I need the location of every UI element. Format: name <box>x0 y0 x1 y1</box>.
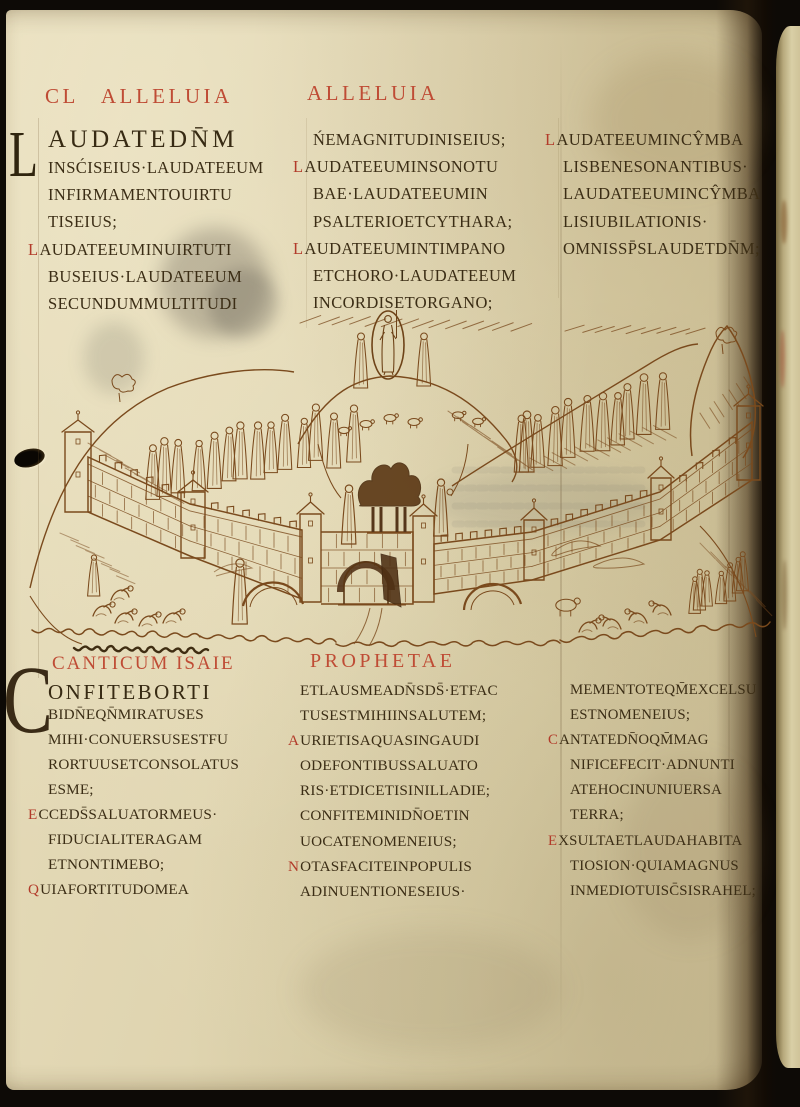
text-line: UOCATENOMENEIUS; <box>300 833 498 858</box>
psalm-column-2: ŃEMAGNITUDINISEIUS;LAUDATEEUMINSONOTUBA… <box>313 130 516 320</box>
line-text: URIETISAQUASINGAUDI <box>300 732 479 749</box>
line-text: MIHI·CONUERSUSESTFU <box>48 731 228 748</box>
text-line: EXSULTAETLAUDAHABITA <box>548 833 757 858</box>
line-text: AUDATEEUMINUIRTUTI <box>39 240 231 259</box>
line-text: OTASFACITEINPOPULIS <box>300 858 472 875</box>
text-line: ETNONTIMEBO; <box>48 856 239 881</box>
line-text: BIDN̄EQN̄MIRATUSES <box>48 706 204 723</box>
drop-cap-L: L <box>9 122 38 188</box>
text-line: ESME; <box>48 781 239 806</box>
line-text: FIDUCIALITERAGAM <box>48 831 202 848</box>
rubric-initial: L <box>293 239 303 258</box>
text-line: MEMENTOTEQM̄EXCELSU <box>570 682 757 707</box>
line-text: OMNISSP̄SLAUDETDN̄M; <box>563 239 760 258</box>
text-line: ATEHOCINUNIUERSA <box>570 782 757 807</box>
text-line: TERRA; <box>570 807 757 832</box>
text-line: FIDUCIALITERAGAM <box>48 831 239 856</box>
rubric-initial: L <box>28 240 38 259</box>
text-line: ECCEDS̄SALUATORMEUS· <box>28 806 239 831</box>
line-text: TERRA; <box>570 807 624 823</box>
drop-cap-C: C <box>3 652 53 748</box>
line-text: LISIUBILATIONIS· <box>563 212 708 231</box>
text-line: NOTASFACITEINPOPULIS <box>288 858 498 883</box>
rubric-initial: N <box>288 858 299 875</box>
text-line: LAUDATEEUMINTIMPANO <box>293 239 516 266</box>
text-line: ONFITEBORTI <box>48 680 239 706</box>
line-text: CCEDS̄SALUATORMEUS· <box>38 806 217 823</box>
rubric-initial: L <box>545 130 555 149</box>
line-text: LISBENESONANTIBUS· <box>563 157 748 176</box>
text-line: TIOSION·QUIAMAGNUS <box>570 858 757 883</box>
text-line: BAE·LAUDATEEUMIN <box>313 184 516 211</box>
rubric-initial: A <box>288 732 299 749</box>
line-text: ESTNOMENEIUS; <box>570 707 690 723</box>
line-text: MEMENTOTEQM̄EXCELSU <box>570 682 757 698</box>
rubric-initial: L <box>293 157 303 176</box>
line-text: TUSESTMIHIINSALUTEM; <box>300 707 486 724</box>
line-text: ATEHOCINUNIUERSA <box>570 782 722 798</box>
line-text: LAUDATEEUMINCŶMBA <box>563 184 760 203</box>
text-line: PSALTERIOETCYTHARA; <box>313 212 516 239</box>
rubric-initial: E <box>548 833 557 849</box>
text-line: ESTNOMENEIUS; <box>570 707 757 732</box>
line-text: TIOSION·QUIAMAGNUS <box>570 858 739 874</box>
text-line: INCORDISETORGANO; <box>313 293 516 320</box>
text-line: MIHI·CONUERSUSESTFU <box>48 731 239 756</box>
line-text: PSALTERIOETCYTHARA; <box>313 212 513 231</box>
line-text: ETCHORO·LAUDATEEUM <box>313 266 516 285</box>
manuscript-photo: CL ALLELUIA ALLELUIA L AUDATEDN̄MINSĆIS… <box>0 0 800 1107</box>
text-line: ETLAUSMEADN̄SDS̄·ETFAC <box>300 682 498 707</box>
text-line: LAUDATEEUMINSONOTU <box>293 157 516 184</box>
text-line: LAUDATEEUMINCŶMBA <box>545 130 760 157</box>
text-line: LAUDATEEUMINCŶMBA <box>563 184 760 211</box>
line-text: AUDATEEUMINTIMPANO <box>304 239 505 258</box>
text-line: ODEFONTIBUSSALUATO <box>300 757 498 782</box>
line-text: RORTUUSETCONSOLATUS <box>48 756 239 773</box>
line-text: BUSEIUS·LAUDATEEUM <box>48 267 242 286</box>
line-text: ESME; <box>48 781 94 798</box>
text-line: BUSEIUS·LAUDATEEUM <box>48 267 264 294</box>
line-text: UOCATENOMENEIUS; <box>300 833 457 850</box>
alleluia-heading-left: ALLELUIA <box>101 84 233 109</box>
text-line: RIS·ETDICETISINILLADIE; <box>300 782 498 807</box>
facing-page-ink-mark <box>780 330 785 388</box>
line-text: ETNONTIMEBO; <box>48 856 164 873</box>
facing-page-edge <box>776 26 800 1068</box>
text-line: CANTATEDN̄OQM̄MAG <box>548 732 757 757</box>
text-line: INFIRMAMENTOUIRTU <box>48 185 264 212</box>
line-text: INFIRMAMENTOUIRTU <box>48 185 232 204</box>
line-text: AUDATEDN̄M <box>48 126 238 153</box>
text-line: CONFITEMINIDN̄OETIN <box>300 807 498 832</box>
line-text: ODEFONTIBUSSALUATO <box>300 757 478 774</box>
line-text: INMEDIOTUISC̄SISRAHEL; <box>570 883 756 899</box>
text-line: ETCHORO·LAUDATEEUM <box>313 266 516 293</box>
alleluia-heading-center: ALLELUIA <box>307 81 439 106</box>
line-text: ŃEMAGNITUDINISEIUS; <box>313 130 506 149</box>
line-text: TISEIUS; <box>48 212 117 231</box>
text-line: TUSESTMIHIINSALUTEM; <box>300 707 498 732</box>
line-text: AUDATEEUMINSONOTU <box>304 157 498 176</box>
rubric-initial: Q <box>28 881 39 898</box>
psalm-column-1: AUDATEDN̄MINSĆISEIUS·LAUDATEEUMINFIRMAM… <box>48 126 264 321</box>
line-text: ANTATEDN̄OQM̄MAG <box>559 732 709 748</box>
text-line: RORTUUSETCONSOLATUS <box>48 756 239 781</box>
canticle-heading-right: PROPHETAE <box>310 650 455 673</box>
text-line: ADINUENTIONESEIUS· <box>300 883 498 908</box>
facing-page-ink-mark <box>781 200 787 244</box>
text-line: LISIUBILATIONIS· <box>563 212 760 239</box>
text-line: LISBENESONANTIBUS· <box>563 157 760 184</box>
line-text: SECUNDUMMULTITUDI <box>48 294 238 313</box>
line-text: BAE·LAUDATEEUMIN <box>313 184 488 203</box>
line-text: ETLAUSMEADN̄SDS̄·ETFAC <box>300 682 498 699</box>
rubric-initial: E <box>28 806 37 823</box>
text-line: QUIAFORTITUDOMEA <box>28 881 239 906</box>
text-line: LAUDATEEUMINUIRTUTI <box>28 240 264 267</box>
line-text: ADINUENTIONESEIUS· <box>300 883 466 900</box>
psalm-number: CL <box>45 84 79 109</box>
psalm-column-3: LAUDATEEUMINCŶMBALISBENESONANTIBUS·LAUD… <box>563 130 760 266</box>
canticle-column-3: MEMENTOTEQM̄EXCELSUESTNOMENEIUS;CANTATED… <box>570 682 757 908</box>
line-text: UIAFORTITUDOMEA <box>40 881 189 898</box>
line-text: INSĆISEIUS·LAUDATEEUM <box>48 158 264 177</box>
canticle-heading-left: CANTICUM ISAIE <box>52 653 235 675</box>
line-text: CONFITEMINIDN̄OETIN <box>300 807 470 824</box>
canticle-column-2: ETLAUSMEADN̄SDS̄·ETFACTUSESTMIHIINSALUTE… <box>300 682 498 908</box>
line-text: RIS·ETDICETISINILLADIE; <box>300 782 490 799</box>
text-line: NIFICEFECIT·ADNUNTI <box>570 757 757 782</box>
text-line: INSĆISEIUS·LAUDATEEUM <box>48 158 264 185</box>
canticle-column-1: ONFITEBORTIBIDN̄EQN̄MIRATUSESMIHI·CONUER… <box>48 680 239 906</box>
text-line: AUDATEDN̄M <box>48 126 264 158</box>
text-line: TISEIUS; <box>48 212 264 239</box>
text-line: OMNISSP̄SLAUDETDN̄M; <box>563 239 760 266</box>
line-text: NIFICEFECIT·ADNUNTI <box>570 757 735 773</box>
psalm-heading: CL ALLELUIA <box>45 84 233 109</box>
text-line: AURIETISAQUASINGAUDI <box>288 732 498 757</box>
text-line: BIDN̄EQN̄MIRATUSES <box>48 706 239 731</box>
line-text: ONFITEBORTI <box>48 680 212 704</box>
line-text: INCORDISETORGANO; <box>313 293 493 312</box>
line-text: AUDATEEUMINCŶMBA <box>556 130 743 149</box>
rubric-initial: C <box>548 732 558 748</box>
text-line: ŃEMAGNITUDINISEIUS; <box>313 130 516 157</box>
facing-page-ink-mark <box>782 560 787 630</box>
line-text: XSULTAETLAUDAHABITA <box>558 833 742 849</box>
text-line: INMEDIOTUISC̄SISRAHEL; <box>570 883 757 908</box>
text-line: SECUNDUMMULTITUDI <box>48 294 264 321</box>
